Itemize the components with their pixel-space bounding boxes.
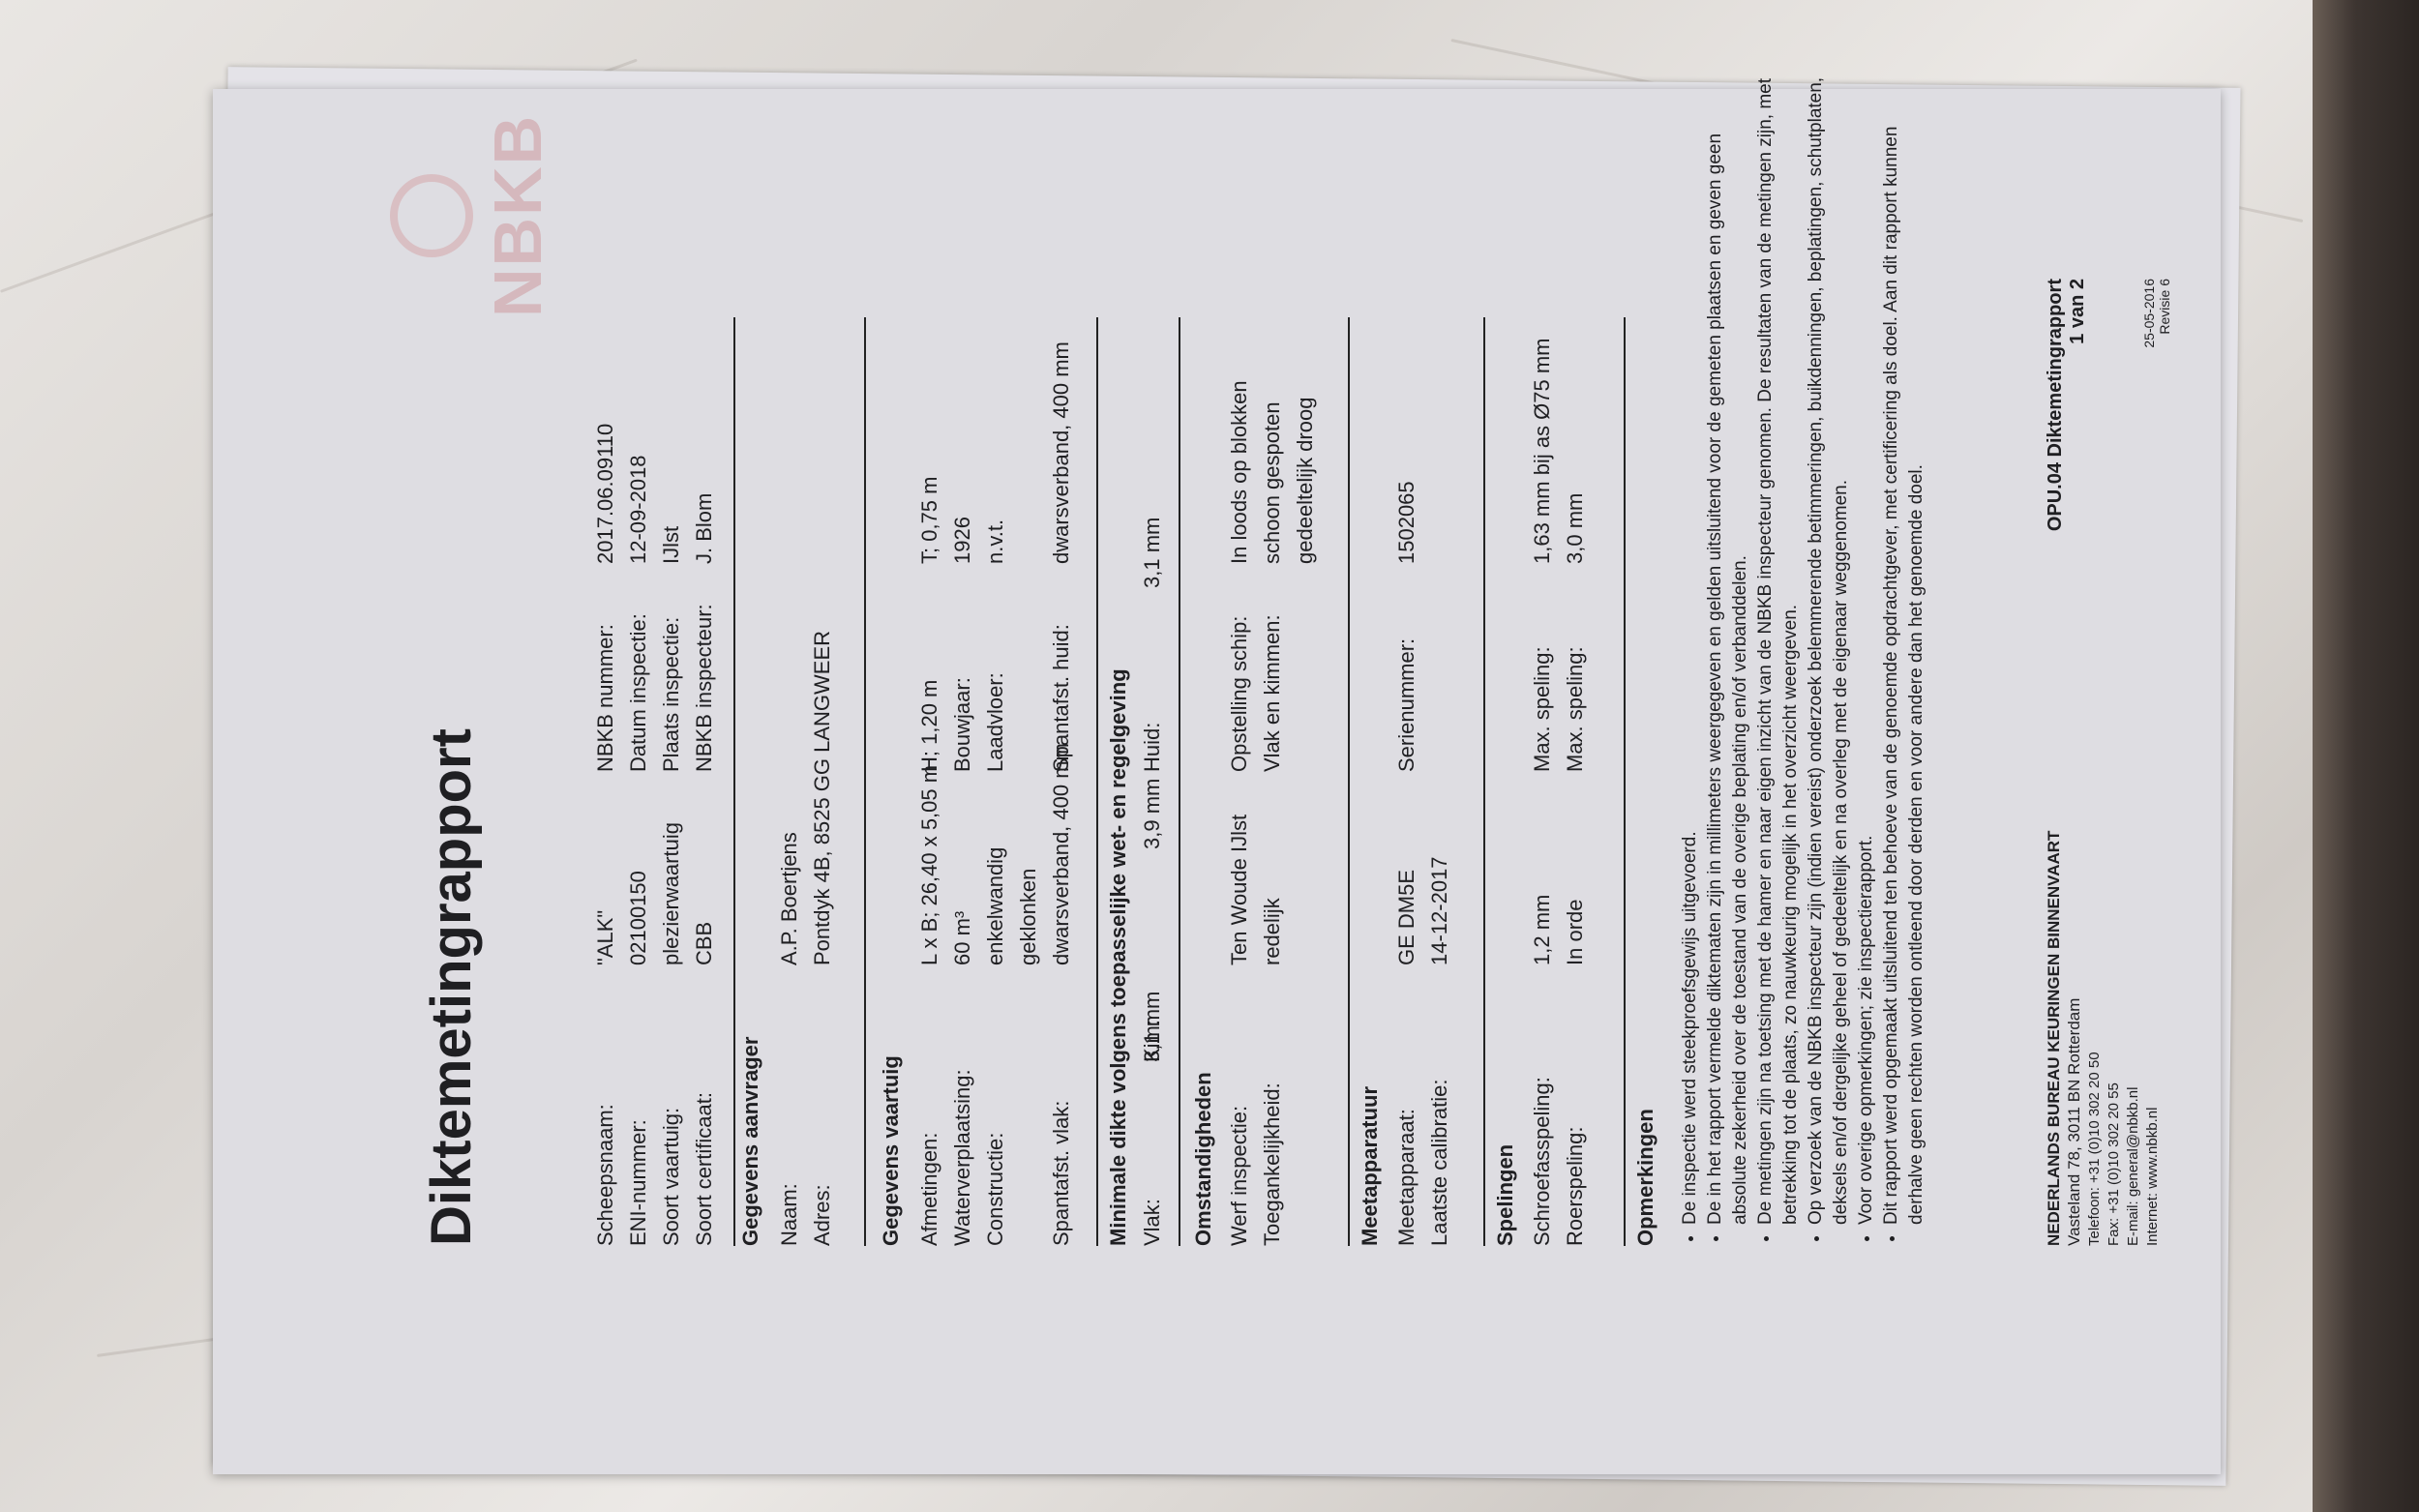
header-value: CBB: [692, 922, 716, 965]
spelingen-label: Max. speling:: [1530, 564, 1555, 772]
omstandigheden-row-2: gedeeltelijk droog: [1293, 398, 1318, 772]
meetapparatuur-label: Laatste calibratie:: [1427, 965, 1452, 1246]
omstandigheden-label: Werf inspectie:: [1227, 965, 1252, 1246]
divider: [1096, 317, 1098, 1246]
header-value: IJlst: [659, 526, 683, 564]
dikte-value: 3,9 mm: [1140, 779, 1164, 849]
dikte-item: Kim:3,9 mm: [1140, 779, 1165, 1062]
spelingen-row: Roerspeling:In orde: [1563, 900, 1588, 1247]
dikte-value: 3,1 mm: [1140, 518, 1164, 588]
header-value: plezierwaartuig: [659, 822, 683, 965]
header-label: Plaats inspectie:: [659, 564, 684, 772]
meetapparatuur-row: Laatste calibratie:14-12-2017: [1427, 856, 1452, 1246]
spelingen-value: 1,63 mm bij as Ø75 mm: [1530, 338, 1554, 564]
dikte-label: Huid:: [1140, 588, 1165, 772]
footer-revision: 25-05-2016 Revisie 6: [2141, 279, 2172, 414]
spelingen-label: Roerspeling:: [1563, 965, 1588, 1246]
logo-emblem-icon: [390, 174, 473, 257]
footer-internet: Internet: www.nbkb.nl: [2144, 1108, 2161, 1246]
vaartuig-label: Spantafst. huid:: [1049, 564, 1074, 772]
omstandigheden-value: Ten Woude IJlst: [1227, 815, 1251, 965]
vaartuig-row: Constructie:enkelwandig: [983, 847, 1008, 1246]
footer-org-name: NEDERLANDS BUREAU KEURINGEN BINNENVAART: [2045, 831, 2063, 1246]
opmerking-item: Voor overige opmerkingen; zie inspectier…: [1854, 64, 1879, 1225]
divider: [1179, 317, 1180, 1246]
nbkb-logo: NBKB: [390, 114, 556, 317]
divider: [1348, 317, 1350, 1246]
divider: [733, 317, 735, 1246]
omstandigheden-value: In loods op blokken: [1227, 380, 1251, 564]
divider: [1483, 317, 1485, 1246]
document-title: Diktemetingrapport: [419, 728, 484, 1246]
header-value: 02100150: [626, 871, 650, 965]
meetapparatuur-value: 14-12-2017: [1427, 856, 1451, 965]
meetapparatuur-label: Serienummer:: [1394, 564, 1419, 772]
revision-number: Revisie 6: [2157, 279, 2172, 414]
omstandigheden-label: Toegankelijkheid:: [1260, 965, 1285, 1246]
opmerkingen-list: De inspectie werd steekproefsgewijs uitg…: [1678, 64, 1929, 1246]
vaartuig-label: Laadvloer:: [983, 564, 1008, 772]
header-value: 12-09-2018: [626, 455, 650, 564]
vaartuig-row: Afmetingen:L x B; 26,40 x 5,05 m: [917, 765, 942, 1246]
omstandigheden-value: redelijk: [1260, 898, 1284, 965]
divider: [864, 317, 866, 1246]
footer-doc: OPU.04 Diktemetingrapport 1 van 2: [2045, 279, 2089, 627]
omstandigheden-label: Vlak en kimmen:: [1260, 564, 1285, 772]
aanvrager-value: A.P. Boertjens: [777, 832, 801, 965]
dikte-label: Kim:: [1140, 849, 1165, 1062]
omstandigheden-row-2: Vlak en kimmen:schoon gespoten: [1260, 401, 1285, 772]
vaartuig-value: dwarsverband, 400 mm: [1049, 341, 1073, 564]
header-row-2: Datum inspectie:12-09-2018: [626, 455, 651, 772]
aanvrager-label: Adres:: [810, 965, 835, 1246]
divider: [1624, 317, 1626, 1246]
omstandigheden-value: gedeeltelijk droog: [1293, 398, 1317, 564]
aanvrager-row: Naam:A.P. Boertjens: [777, 832, 802, 1246]
dikte-item: Huid:3,1 mm: [1140, 518, 1165, 772]
spelingen-value: 1,2 mm: [1530, 895, 1554, 965]
vaartuig-value: enkelwandig: [983, 847, 1007, 965]
header-label: Soort certificaat:: [692, 965, 717, 1246]
spelingen-row-2: Max. speling:1,63 mm bij as Ø75 mm: [1530, 338, 1555, 772]
table-edge: [2313, 0, 2419, 1512]
vaartuig-row-2: H; 1,20 mT; 0,75 m: [917, 477, 942, 772]
header-value: "ALK": [593, 910, 617, 965]
header-label: Scheepsnaam:: [593, 965, 618, 1246]
spelingen-label: Schroefasspeling:: [1530, 965, 1555, 1246]
vaartuig-value: n.v.t.: [983, 519, 1007, 564]
vaartuig-value: 1926: [950, 517, 974, 564]
revision-date: 25-05-2016: [2141, 279, 2157, 414]
vaartuig-label: Constructie:: [983, 965, 1008, 1246]
aanvrager-row: Adres:Pontdyk 4B, 8525 GG LANGWEER: [810, 631, 835, 1246]
aanvrager-value: Pontdyk 4B, 8525 GG LANGWEER: [810, 631, 834, 965]
vaartuig-value: geklonken: [1016, 869, 1040, 965]
omstandigheden-value: schoon gespoten: [1260, 401, 1284, 564]
omstandigheden-row: [1293, 965, 1318, 1246]
section-opmerkingen: Opmerkingen: [1633, 1109, 1658, 1246]
vaartuig-label: Afmetingen:: [917, 965, 942, 1246]
section-meetapparatuur: Meetapparatuur: [1358, 1086, 1383, 1246]
header-label: ENI-nummer:: [626, 965, 651, 1246]
vaartuig-label: Bouwjaar:: [950, 564, 975, 772]
omstandigheden-label: Opstelling schip:: [1227, 564, 1252, 772]
section-vaartuig: Gegevens vaartuig: [879, 1055, 904, 1246]
dikte-label: Vlak:: [1140, 1062, 1165, 1246]
meetapparatuur-value: GE DM5E: [1394, 870, 1419, 965]
footer-email: E-mail: general@nbkb.nl: [2125, 1087, 2141, 1246]
vaartuig-label: Spantafst. vlak:: [1049, 965, 1074, 1246]
meetapparatuur-value: 1502065: [1394, 481, 1419, 564]
spelingen-row: Schroefasspeling:1,2 mm: [1530, 895, 1555, 1246]
header-label: NBKB nummer:: [593, 564, 618, 772]
vaartuig-row-2: Laadvloer:n.v.t.: [983, 519, 1008, 772]
document-page: Diktemetingrapport NBKB Scheepsnaam:"ALK…: [274, 104, 2161, 1459]
header-row-2: NBKB nummer:2017.06.09110: [593, 424, 618, 772]
page-number: 1 van 2: [2067, 279, 2089, 627]
vaartuig-value: 60 m³: [950, 911, 974, 965]
aanvrager-label: Naam:: [777, 965, 802, 1246]
vaartuig-value: L x B; 26,40 x 5,05 m: [917, 765, 941, 965]
header-value: J. Blom: [692, 493, 716, 564]
header-row-2: Plaats inspectie:IJlst: [659, 526, 684, 772]
section-aanvrager: Gegevens aanvrager: [738, 1037, 763, 1246]
spelingen-label: Max. speling:: [1563, 564, 1588, 772]
footer-fax: Fax: +31 (0)10 302 20 55: [2105, 1082, 2122, 1246]
footer-address: Vasteland 78, 3011 BN Rotterdam: [2065, 998, 2083, 1246]
omstandigheden-row: Toegankelijkheid:redelijk: [1260, 898, 1285, 1246]
opmerking-item: De inspectie werd steekproefsgewijs uitg…: [1678, 64, 1703, 1225]
opmerking-item: Dit rapport werd opgemaakt uitsluitend t…: [1879, 64, 1929, 1225]
vaartuig-row-2: Spantafst. huid:dwarsverband, 400 mm: [1049, 341, 1074, 772]
opmerking-item: De metingen zijn na toetsing met de hame…: [1753, 64, 1804, 1225]
omstandigheden-row-2: Opstelling schip:In loods op blokken: [1227, 380, 1252, 772]
section-omstandigheden: Omstandigheden: [1191, 1072, 1216, 1246]
header-label: Soort vaartuig:: [659, 965, 684, 1246]
header-label: Datum inspectie:: [626, 564, 651, 772]
footer-org: NEDERLANDS BUREAU KEURINGEN BINNENVAART …: [2045, 831, 2163, 1246]
vaartuig-row: geklonken: [1016, 869, 1041, 1246]
doc-code: OPU.04 Diktemetingrapport: [2045, 279, 2067, 627]
omstandigheden-row: Werf inspectie:Ten Woude IJlst: [1227, 815, 1252, 1246]
document-sheet: Diktemetingrapport NBKB Scheepsnaam:"ALK…: [213, 89, 2221, 1474]
header-row: Soort certificaat:CBB: [692, 922, 717, 1246]
section-minimale-dikte: Minimale dikte volgens toepasselijke wet…: [1106, 668, 1131, 1246]
vaartuig-label: Waterverplaatsing:: [950, 965, 975, 1246]
opmerking-item: Op verzoek van de NBKB inspecteur zijn (…: [1804, 64, 1854, 1225]
header-value: 2017.06.09110: [593, 424, 617, 564]
header-label: NBKB inspecteur:: [692, 564, 717, 772]
vaartuig-row-2: Bouwjaar:1926: [950, 517, 975, 772]
meetapparatuur-row-2: Serienummer:1502065: [1394, 481, 1419, 772]
logo-text: NBKB: [480, 114, 555, 317]
header-row-2: NBKB inspecteur:J. Blom: [692, 493, 717, 772]
meetapparatuur-label: Meetapparaat:: [1394, 965, 1419, 1246]
meetapparatuur-row: Meetapparaat:GE DM5E: [1394, 870, 1419, 1246]
header-row: ENI-nummer:02100150: [626, 871, 651, 1246]
footer-phone: Telefoon: +31 (0)10 302 20 50: [2086, 1052, 2103, 1246]
vaartuig-row: Waterverplaatsing:60 m³: [950, 911, 975, 1246]
vaartuig-label: H; 1,20 m: [917, 564, 942, 772]
spelingen-value: 3,0 mm: [1563, 493, 1587, 564]
section-spelingen: Spelingen: [1493, 1144, 1518, 1246]
spelingen-value: In orde: [1563, 900, 1587, 966]
spelingen-row-2: Max. speling:3,0 mm: [1563, 493, 1588, 772]
vaartuig-value: T; 0,75 m: [917, 477, 941, 564]
header-row: Soort vaartuig:plezierwaartuig: [659, 822, 684, 1246]
vaartuig-value: dwarsverband, 400 mm: [1049, 743, 1073, 965]
header-row: Scheepsnaam:"ALK": [593, 910, 618, 1246]
opmerking-item: De in het rapport vermelde diktematen zi…: [1703, 64, 1753, 1225]
vaartuig-row: Spantafst. vlak:dwarsverband, 400 mm: [1049, 743, 1074, 1246]
